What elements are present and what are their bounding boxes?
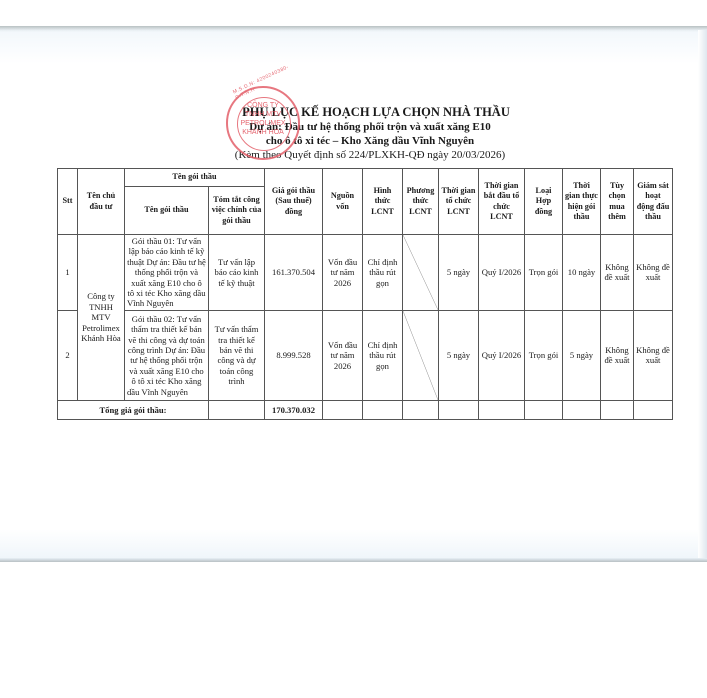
- total-empty: [479, 400, 525, 419]
- cell-summary: Tư vấn lập báo cáo kinh tế kỹ thuật: [209, 235, 265, 311]
- header-supervision: Giám sát hoạt động đấu thầu: [634, 169, 673, 235]
- cell-funding: Vốn đầu tư năm 2026: [323, 235, 363, 311]
- total-empty: [525, 400, 563, 419]
- contractor-selection-table: Stt Tên chủ đầu tư Tên gói thầu Giá gói …: [57, 168, 673, 420]
- cell-price: 8.999.528: [265, 310, 323, 400]
- header-exec-time: Thời gian thực hiện gói thầu: [563, 169, 601, 235]
- cell-price: 161.370.504: [265, 235, 323, 311]
- scan-bottom-shadow: [0, 558, 707, 562]
- total-row: Tổng giá gói thầu: 170.370.032: [58, 400, 673, 419]
- total-value: 170.370.032: [265, 400, 323, 419]
- cell-duration-org: 5 ngày: [439, 235, 479, 311]
- total-empty-summary: [209, 400, 265, 419]
- company-seal-stamp: M.S.D.N: 4200240380-C.T.N.H CÔNG TY TNHH…: [226, 86, 300, 160]
- header-funding: Nguồn vốn: [323, 169, 363, 235]
- cell-exec-time: 5 ngày: [563, 310, 601, 400]
- cell-method-empty: [403, 310, 439, 400]
- total-empty: [439, 400, 479, 419]
- total-empty: [563, 400, 601, 419]
- header-duration-org: Thời gian tổ chức LCNT: [439, 169, 479, 235]
- header-start-time: Thời gian bắt đầu tổ chức LCNT: [479, 169, 525, 235]
- header-stt: Stt: [58, 169, 78, 235]
- table-row: 1 Công ty TNHH MTV Petrolimex Khánh Hòa …: [58, 235, 673, 311]
- stamp-line-3: PETROLIMEX: [228, 120, 298, 128]
- cell-package-name: Gói thầu 02: Tư vấn thẩm tra thiết kế bả…: [125, 310, 209, 400]
- cell-stt: 1: [58, 235, 78, 311]
- stamp-line-4: KHÁNH HÒA: [228, 129, 298, 137]
- cell-method-empty: [403, 235, 439, 311]
- header-price: Giá gói thầu (Sau thuế) đồng: [265, 169, 323, 235]
- table-row: 2 Gói thầu 02: Tư vấn thẩm tra thiết kế …: [58, 310, 673, 400]
- total-empty: [363, 400, 403, 419]
- scan-right-edge: [698, 30, 707, 561]
- cell-stt: 2: [58, 310, 78, 400]
- cell-start-time: Quý I/2026: [479, 310, 525, 400]
- cell-funding: Vốn đầu tư năm 2026: [323, 310, 363, 400]
- header-summary: Tóm tắt công việc chính của gói thầu: [209, 187, 265, 235]
- header-contract-type: Loại Hợp đồng: [525, 169, 563, 235]
- cell-exec-time: 10 ngày: [563, 235, 601, 311]
- header-method: Phương thức LCNT: [403, 169, 439, 235]
- cell-supervision: Không đề xuất: [634, 310, 673, 400]
- cell-contract-type: Trọn gói: [525, 310, 563, 400]
- cell-package-name: Gói thầu 01: Tư vấn lập báo cáo kinh tế …: [125, 235, 209, 311]
- cell-form: Chỉ định thầu rút gọn: [363, 310, 403, 400]
- cell-supervision: Không đề xuất: [634, 235, 673, 311]
- total-empty: [323, 400, 363, 419]
- header-package-group: Tên gói thầu: [125, 169, 265, 187]
- cell-contract-type: Trọn gói: [525, 235, 563, 311]
- cell-owner: Công ty TNHH MTV Petrolimex Khánh Hòa: [78, 235, 125, 401]
- total-empty: [403, 400, 439, 419]
- header-owner: Tên chủ đầu tư: [78, 169, 125, 235]
- cell-form: Chỉ định thầu rút gọn: [363, 235, 403, 311]
- diagonal-strike: [403, 311, 438, 400]
- total-label: Tổng giá gói thầu:: [58, 400, 209, 419]
- cell-duration-org: 5 ngày: [439, 310, 479, 400]
- header-form: Hình thức LCNT: [363, 169, 403, 235]
- header-package-name: Tên gói thầu: [125, 187, 209, 235]
- cell-option: Không đề xuất: [601, 235, 634, 311]
- total-empty: [634, 400, 673, 419]
- diagonal-strike: [403, 235, 438, 310]
- stamp-line-1: CÔNG TY: [228, 102, 298, 110]
- header-option: Tùy chọn mua thêm: [601, 169, 634, 235]
- stamp-line-2: TNHH MTV: [228, 111, 298, 119]
- cell-summary: Tư vấn thẩm tra thiết kế bản vẽ thi công…: [209, 310, 265, 400]
- cell-option: Không đề xuất: [601, 310, 634, 400]
- cell-start-time: Quý I/2026: [479, 235, 525, 311]
- total-empty: [601, 400, 634, 419]
